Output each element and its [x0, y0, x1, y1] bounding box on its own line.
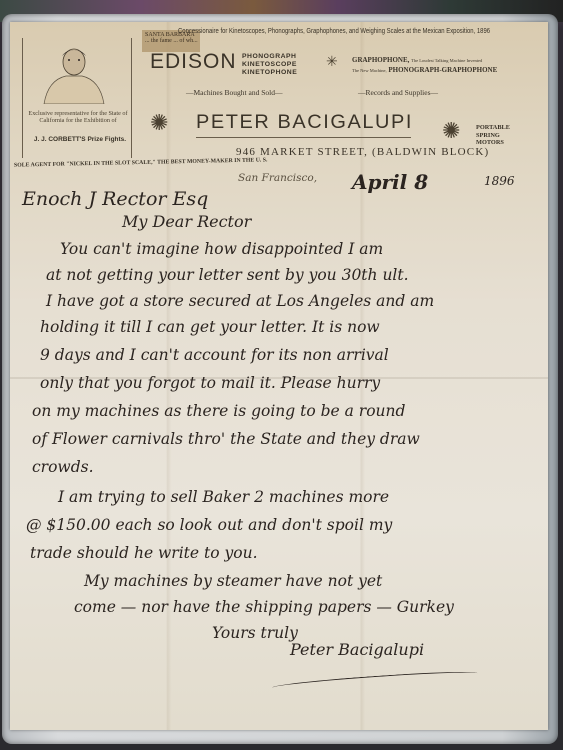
edison-product-list: PHONOGRAPH KINETOSCOPE KINETOPHONE — [242, 53, 297, 77]
product-kinetoscope: KINETOSCOPE — [242, 61, 297, 69]
letter-line: You can't imagine how disappointed I am — [60, 240, 383, 258]
star-ornament-icon: ✳ — [326, 52, 338, 74]
corbett-portrait-icon — [36, 44, 112, 104]
letter-line: @ $150.00 each so look out and don't spo… — [26, 516, 392, 534]
starburst-left-icon: ✺ — [150, 112, 168, 134]
name-underline — [196, 137, 411, 138]
letter-date: April 8 — [352, 170, 428, 194]
letter-line: of Flower carnivals thro' the State and … — [32, 430, 420, 448]
portable-spring-motors: PORTABLE SPRING MOTORS — [476, 124, 510, 147]
signature: Peter Bacigalupi — [290, 640, 424, 659]
letter-line: at not getting your letter sent by you 3… — [46, 266, 409, 284]
starburst-right-icon: ✺ — [442, 120, 460, 142]
corbett-prize-fights: J. J. CORBETT'S Prize Fights. — [28, 136, 132, 143]
product-phonograph: PHONOGRAPH — [242, 53, 297, 61]
machines-bought-sold: —Machines Bought and Sold— — [186, 88, 282, 97]
letter-line: crowds. — [32, 458, 94, 476]
letterhead-name: PETER BACIGALUPI — [196, 112, 413, 134]
letter-line: My machines by steamer have not yet — [84, 572, 382, 590]
letter-line: on my machines as there is going to be a… — [32, 402, 405, 420]
letter-line: trade should he write to you. — [30, 544, 258, 562]
exclusive-representative-text: Exclusive representative for the State o… — [24, 110, 132, 124]
letter-year: 1896 — [484, 174, 515, 188]
records-supplies: —Records and Supplies— — [358, 88, 438, 97]
city-printed: San Francisco, — [238, 172, 317, 184]
graphophone-line: GRAPHOPHONE, The Loudest Talking Machine… — [352, 56, 482, 64]
letter-line: 9 days and I can't account for its non a… — [40, 346, 389, 364]
letter-line: I am trying to sell Baker 2 machines mor… — [58, 488, 389, 506]
street-address: 946 MARKET STREET, (BALDWIN BLOCK) — [236, 146, 489, 158]
phonograph-graphophone-line: The New Machine, PHONOGRAPH-GRAPHOPHONE — [352, 66, 497, 74]
letter-line: I have got a store secured at Los Angele… — [46, 292, 434, 310]
letter-line: holding it till I can get your letter. I… — [40, 318, 380, 336]
closing: Yours truly — [212, 624, 298, 642]
letter-line: only that you forgot to mail it. Please … — [40, 374, 380, 392]
addressee: Enoch J Rector Esq — [22, 188, 208, 210]
concessionaire-line: Concessionaire for Kinetoscopes, Phonogr… — [178, 26, 490, 35]
product-kinetophone: KINETOPHONE — [242, 69, 297, 77]
salutation: My Dear Rector — [122, 212, 251, 231]
edison-brand: EDISON — [150, 50, 237, 74]
letter-line: come — nor have the shipping papers — Gu… — [74, 598, 454, 616]
